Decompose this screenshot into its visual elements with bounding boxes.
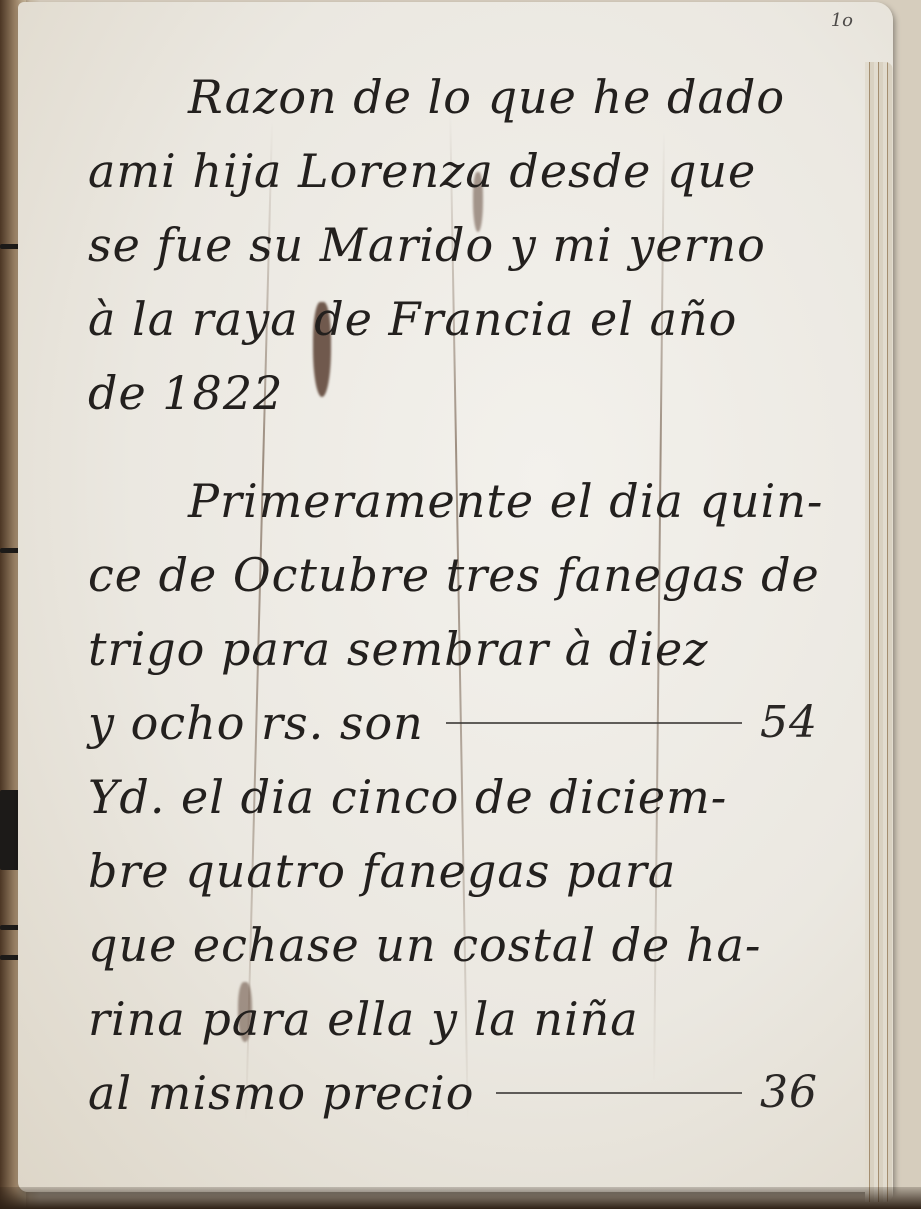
- entry-line: Yd. el dia cinco de diciem-: [88, 760, 858, 834]
- heading-line: à la raya de Francia el año: [88, 282, 858, 356]
- entry-line: y ocho rs. son: [88, 686, 424, 760]
- heading-line: Razon de lo que he dado: [88, 60, 858, 134]
- entry-line: al mismo precio: [88, 1056, 474, 1130]
- entry-amount: 54: [760, 686, 858, 760]
- entry-line: ce de Octubre tres fanegas de: [88, 538, 858, 612]
- page-stack-edge: [865, 62, 893, 1202]
- heading-line: ami hija Lorenza desde que: [88, 134, 858, 208]
- manuscript-photo: 1o Razon de lo que he dado ami hija Lore…: [0, 0, 921, 1209]
- heading-line: de 1822: [88, 356, 858, 430]
- entry-total-row: al mismo precio 36: [88, 1056, 858, 1130]
- ledger-rule: [496, 1092, 742, 1094]
- table-surface: [0, 1187, 921, 1209]
- manuscript-text: Razon de lo que he dado ami hija Lorenza…: [88, 60, 858, 1130]
- entry-total-row: y ocho rs. son 54: [88, 686, 858, 760]
- entry-line: rina para ella y la niña: [88, 982, 858, 1056]
- entry-line: que echase un costal de ha-: [88, 908, 858, 982]
- heading-line: se fue su Marido y mi yerno: [88, 208, 858, 282]
- entry-line: Primeramente el dia quin-: [88, 464, 858, 538]
- folio-number: 1o: [831, 10, 853, 31]
- entry-line: bre quatro fanegas para: [88, 834, 858, 908]
- entry-line: trigo para sembrar à diez: [88, 612, 858, 686]
- entry-amount: 36: [760, 1056, 858, 1130]
- ledger-rule: [446, 722, 742, 724]
